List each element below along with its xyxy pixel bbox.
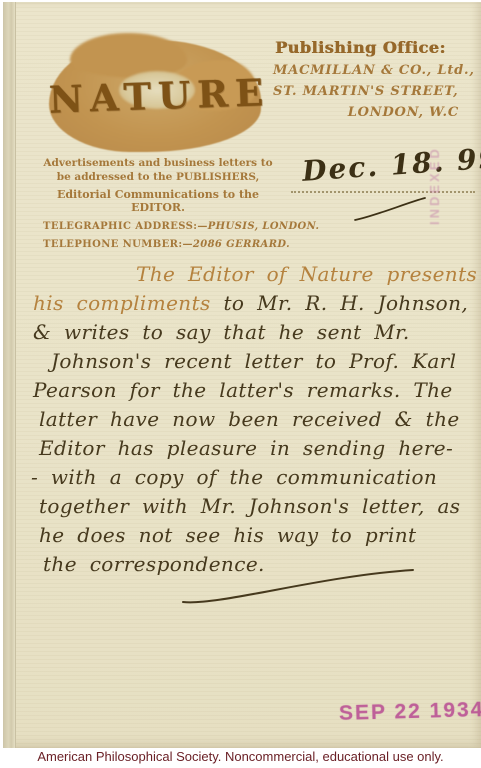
closing-flourish-stroke bbox=[179, 562, 419, 606]
telephone-label: TELEPHONE NUMBER:— bbox=[43, 239, 193, 250]
footer-caption: American Philosophical Society. Noncomme… bbox=[0, 748, 481, 768]
handwritten-line: Editor has pleasure in sending here- bbox=[39, 434, 474, 463]
editorial-notice: Editorial Communications to the EDITOR. bbox=[43, 188, 273, 214]
publishing-office-block: Publishing Office: MACMILLAN & CO., Ltd.… bbox=[273, 38, 479, 120]
date-flourish-stroke bbox=[351, 196, 429, 222]
telegraphic-address: TELEGRAPHIC ADDRESS:—PHUSIS, LONDON. bbox=[43, 221, 273, 232]
advertisements-notice: Advertisements and business letters to b… bbox=[43, 157, 273, 184]
handwritten-line: his compliments to Mr. R. H. Johnson, bbox=[33, 289, 474, 318]
telegraphic-label: TELEGRAPHIC ADDRESS:— bbox=[43, 221, 208, 232]
handwritten-line: - with a copy of the communication bbox=[31, 463, 474, 492]
letter-paper: NATURE Publishing Office: MACMILLAN & CO… bbox=[3, 2, 481, 748]
handwritten-line: together with Mr. Johnson's letter, as bbox=[39, 492, 474, 521]
letter-body: The Editor of Nature presents his compli… bbox=[29, 260, 474, 579]
paper-left-edge bbox=[3, 2, 16, 748]
telephone-value: 2086 GERRARD. bbox=[193, 239, 290, 250]
telegraphic-value: PHUSIS, LONDON. bbox=[208, 221, 320, 232]
logo-wordmark: NATURE bbox=[48, 70, 261, 121]
printed-intro-line: The Editor of Nature presents bbox=[136, 260, 474, 289]
nature-logo: NATURE bbox=[49, 40, 261, 152]
date-dotted-line bbox=[291, 191, 475, 193]
publisher-street: ST. MARTIN'S STREET, bbox=[273, 84, 450, 99]
printed-intro-text: The Editor of Nature presents bbox=[136, 262, 477, 286]
handwritten-line: Johnson's recent letter to Prof. Karl bbox=[51, 347, 474, 376]
received-date-stamp: SEP 22 1934 bbox=[339, 698, 481, 726]
handwritten-line: & writes to say that he sent Mr. bbox=[33, 318, 474, 347]
handwritten-line: latter have now been received & the bbox=[39, 405, 474, 434]
publisher-name: MACMILLAN & CO., Ltd., bbox=[273, 63, 435, 78]
publisher-city: LONDON, W.C bbox=[273, 105, 459, 120]
handwritten-line: Pearson for the latter's remarks. The bbox=[33, 376, 474, 405]
publishing-office-title: Publishing Office: bbox=[275, 38, 479, 57]
handwritten-text: to Mr. R. H. Johnson, bbox=[223, 291, 468, 315]
printed-compliments-text: his compliments bbox=[33, 291, 223, 315]
indexed-stamp: INDEXED bbox=[427, 165, 442, 225]
handwritten-date: Dec. 18. 99 bbox=[301, 141, 481, 188]
handwritten-line: he does not see his way to print bbox=[39, 521, 474, 550]
letterhead-notices: Advertisements and business letters to b… bbox=[43, 157, 273, 250]
telephone-number: TELEPHONE NUMBER:—2086 GERRARD. bbox=[43, 239, 273, 250]
